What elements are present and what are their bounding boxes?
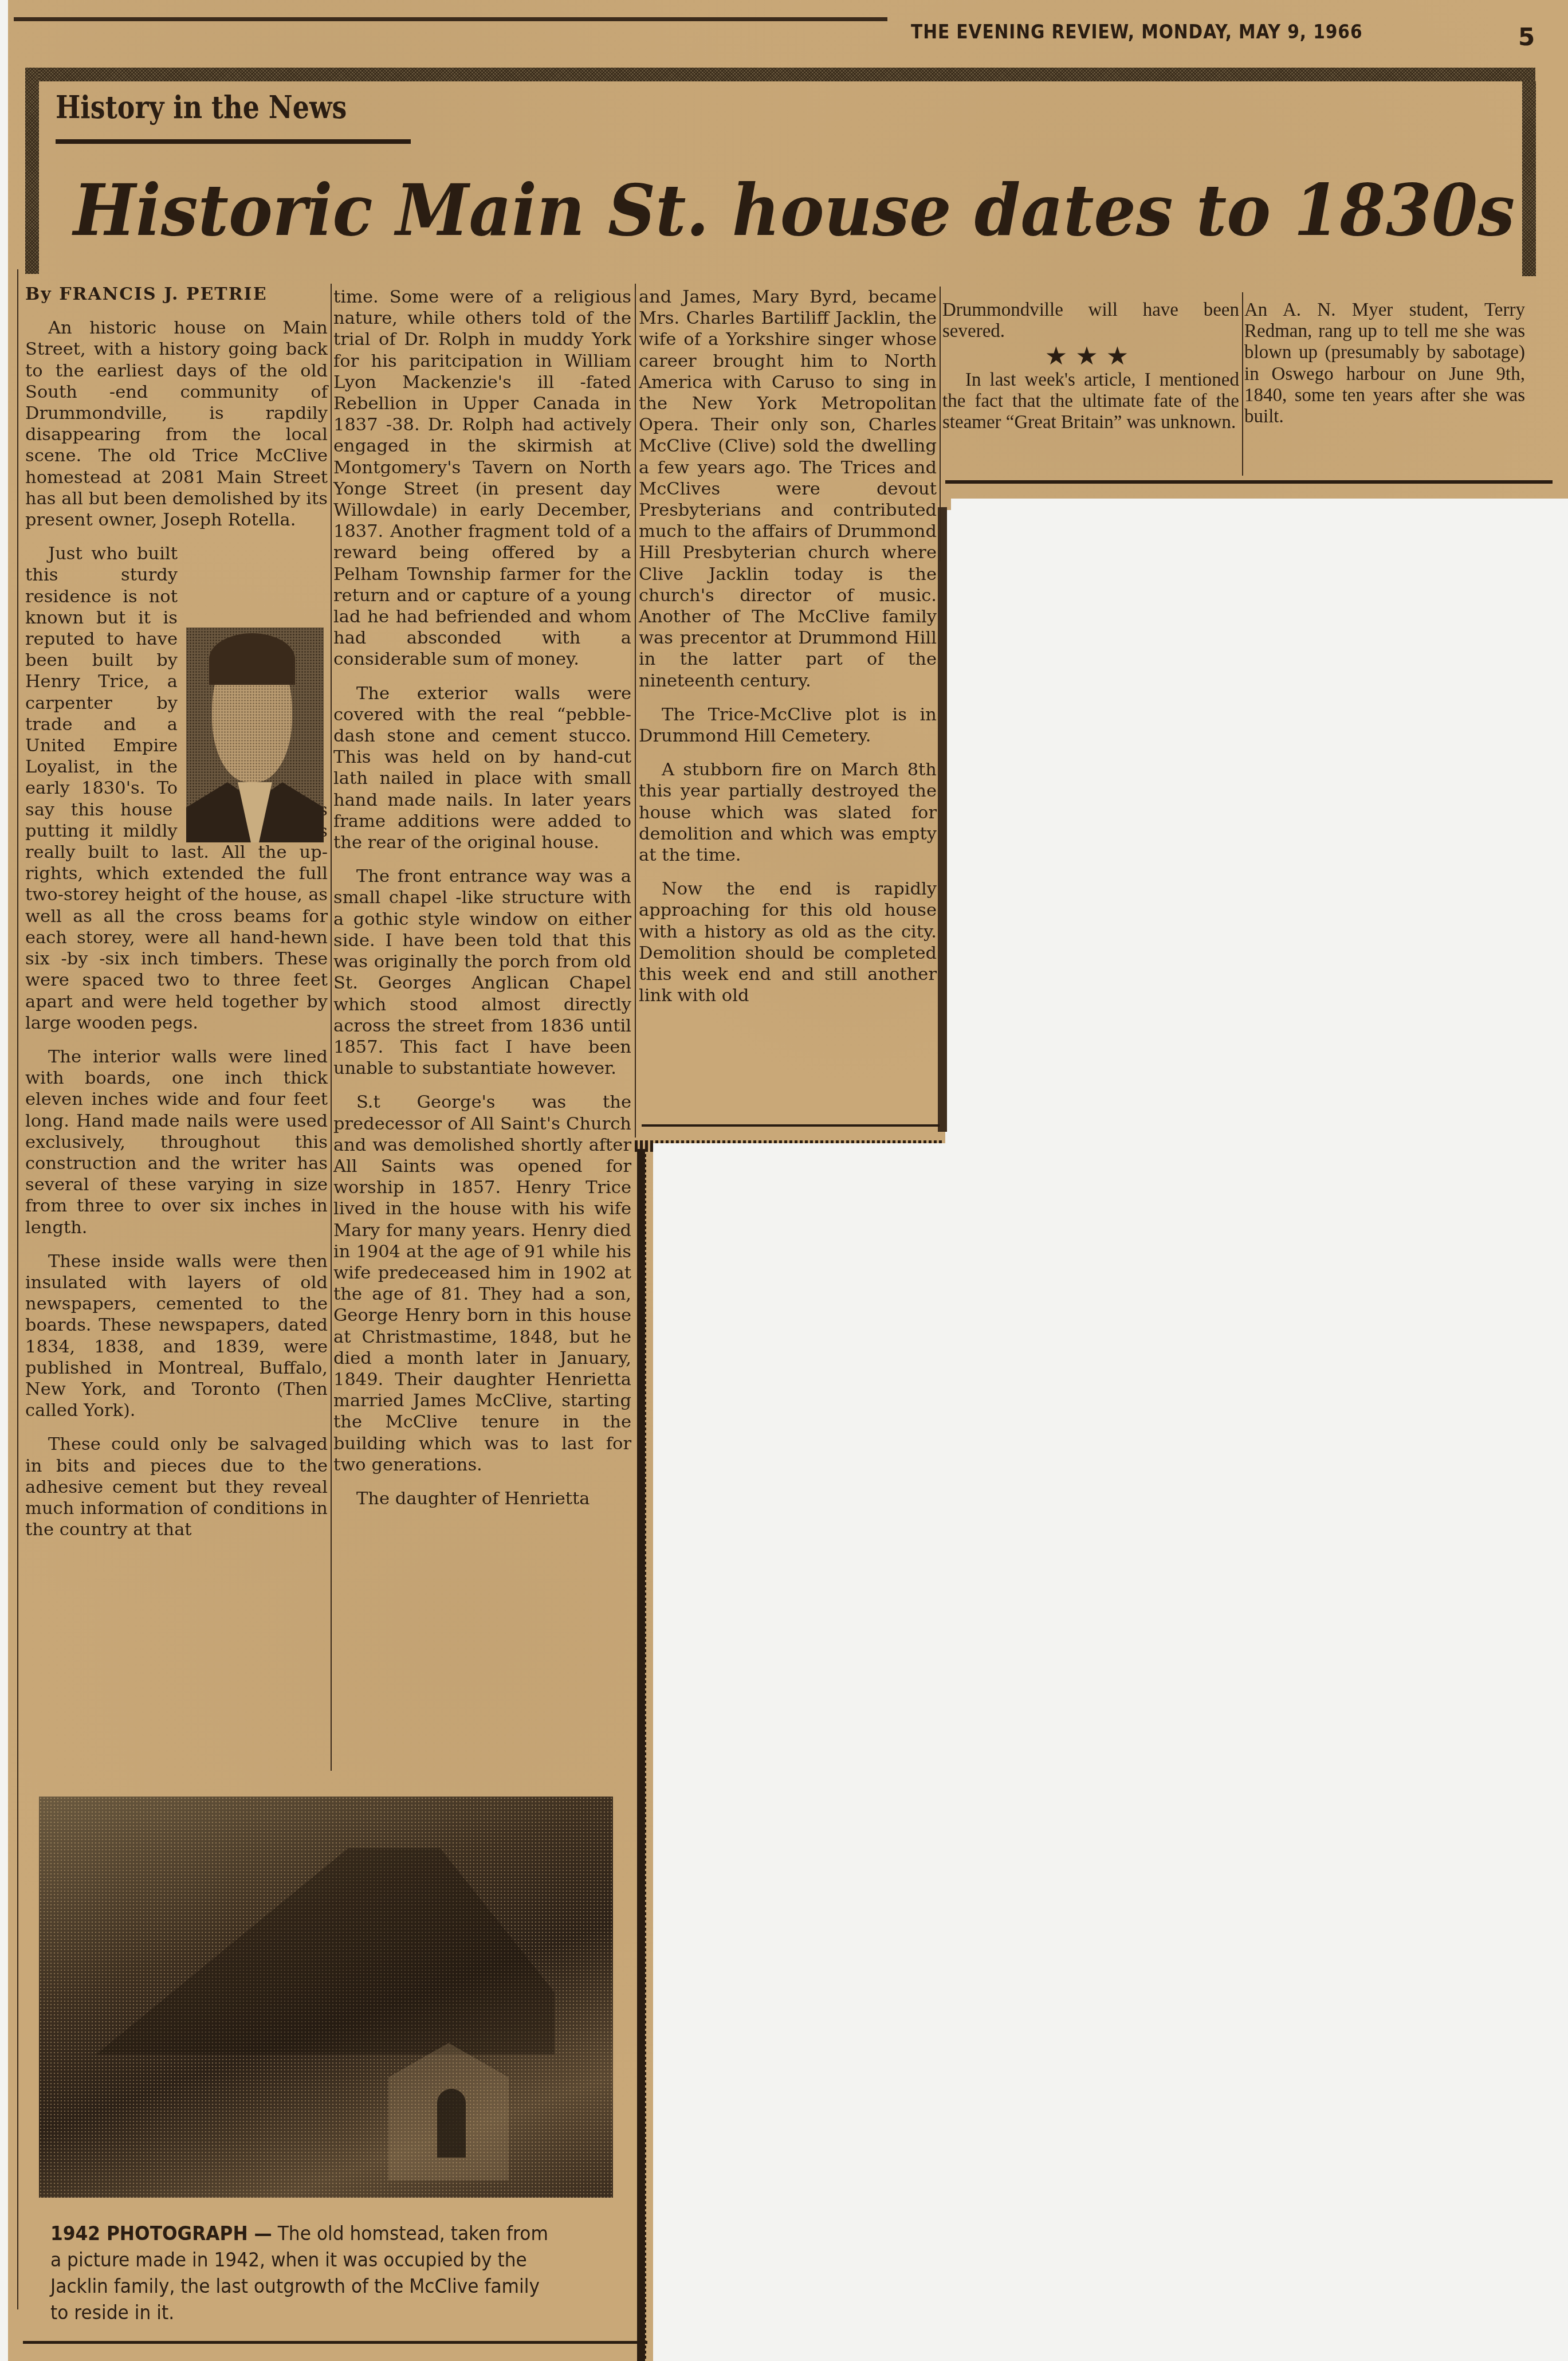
section-kicker: History in the News xyxy=(56,89,347,125)
article-end-rule xyxy=(945,480,1553,484)
feature-box-border xyxy=(1522,81,1536,276)
paragraph: Now the end is rapidly approaching for t… xyxy=(639,878,937,1006)
paragraph: The daughter of Henrietta xyxy=(333,1488,631,1509)
column-rule xyxy=(1242,292,1243,476)
paragraph: The interior walls were lined with board… xyxy=(25,1046,328,1238)
feature-box-border xyxy=(25,68,39,274)
column-rule xyxy=(940,287,941,562)
paragraph: The front entrance way was a small chape… xyxy=(333,866,631,1079)
column-rule xyxy=(331,284,332,1771)
homestead-photograph xyxy=(39,1797,613,2198)
masthead-rule xyxy=(14,17,887,21)
column-rule xyxy=(17,269,18,2309)
paragraph: In last week's article, I mentioned the … xyxy=(942,370,1239,434)
masthead: THE EVENING REVIEW, MONDAY, MAY 9, 1966 xyxy=(911,21,1362,43)
photo-house-roof xyxy=(96,1848,555,2054)
article-column-1: By FRANCIS J. PETRIE An historic house o… xyxy=(25,284,328,1553)
byline: By FRANCIS J. PETRIE xyxy=(25,284,328,305)
article-column-4: Drummondville will have been severed. ★★… xyxy=(942,300,1239,446)
cut-away-area xyxy=(951,499,1568,1146)
article-column-3: and James, Mary Byrd, became Mrs. Charle… xyxy=(639,287,937,1019)
article-column-2: time. Some were of a religious nature, w… xyxy=(333,287,631,1522)
headline: Historic Main St. house dates to 1830s xyxy=(73,169,1515,252)
column-end-rule xyxy=(642,1124,940,1127)
paragraph: S.t George's was the predecessor of All … xyxy=(333,1092,631,1476)
paragraph: An historic house on Main Street, with a… xyxy=(25,317,328,531)
paragraph: A stubborn fire on March 8th this year p… xyxy=(639,759,937,866)
photo-caption: 1942 PHOTOGRAPH — The old homstead, take… xyxy=(50,2221,556,2326)
author-portrait xyxy=(186,627,324,842)
paragraph: The Trice-McClive plot is in Drummond Hi… xyxy=(639,704,937,747)
paragraph: and James, Mary Byrd, became Mrs. Charle… xyxy=(639,287,937,692)
column-rule xyxy=(635,284,636,1138)
article-column-5: An A. N. Myer student, Terry Redman, ran… xyxy=(1244,300,1525,440)
clipping-edge xyxy=(938,507,947,1132)
section-separator-stars: ★★★ xyxy=(942,346,1239,367)
dashed-border xyxy=(637,1152,645,2361)
caption-label: 1942 PHOTOGRAPH — xyxy=(50,2222,272,2245)
portrait-hair xyxy=(209,633,295,685)
cut-away-area xyxy=(653,1143,1568,2361)
feature-box-border xyxy=(25,68,1535,81)
paragraph: These could only be salvaged in bits and… xyxy=(25,1434,328,1540)
paragraph: Drummondville will have been severed. xyxy=(942,300,1239,342)
kicker-underline xyxy=(56,139,411,144)
paragraph: The exterior walls were covered with the… xyxy=(333,683,631,854)
photo-gothic-window xyxy=(437,2089,466,2158)
paragraph: These inside walls were then insulated w… xyxy=(25,1251,328,1422)
bottom-rule xyxy=(23,2341,647,2344)
page-number: 5 xyxy=(1518,23,1535,51)
paragraph: An A. N. Myer student, Terry Redman, ran… xyxy=(1244,300,1525,428)
paragraph: time. Some were of a religious nature, w… xyxy=(333,287,631,670)
